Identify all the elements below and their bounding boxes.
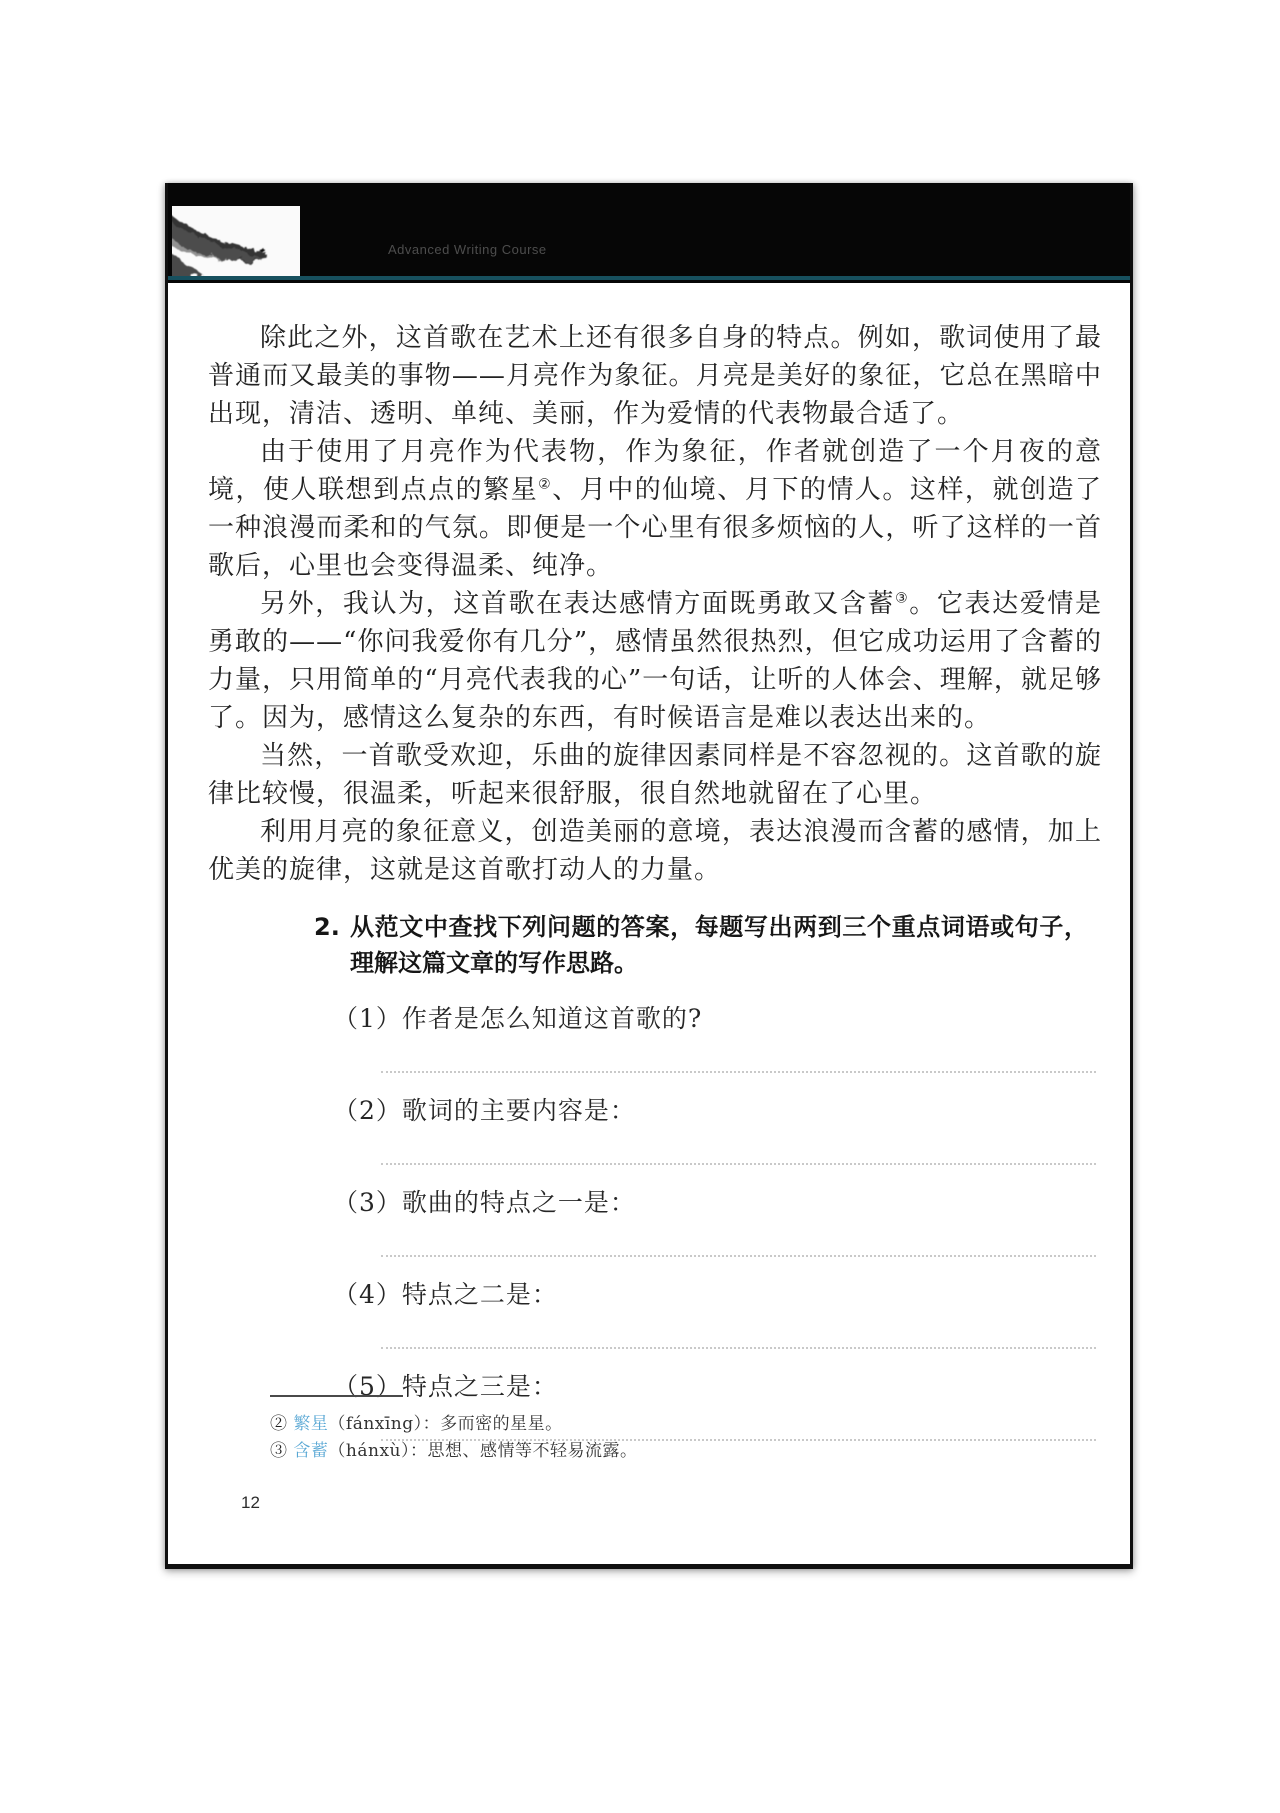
screenshot-canvas: Advanced Writing Course 除此之外，这首歌在艺术上还有很多… (0, 0, 1280, 1813)
paragraph-text: 当然，一首歌受欢迎，乐曲的旋律因素同样是不容忽视的。这首歌的旋律比较慢，很温柔，… (208, 741, 1102, 809)
page-number: 12 (241, 1493, 260, 1513)
footnote-term: 繁星 (293, 1414, 328, 1434)
ink-painting-image (172, 206, 300, 279)
answer-blank-line (381, 1071, 1096, 1073)
header-accent-line (168, 276, 1130, 280)
footnote-lines: ② 繁星（fánxīng）：多而密的星星。③ 含蓄（hánxù）：思想、感情等不… (270, 1411, 637, 1465)
question-text: （4）特点之二是： (333, 1279, 1102, 1311)
question-text: （3）歌曲的特点之一是： (333, 1187, 1102, 1219)
question-text: （1）作者是怎么知道这首歌的? (333, 1003, 1102, 1035)
question-row: （2）歌词的主要内容是： (333, 1095, 1102, 1165)
question-row: （1）作者是怎么知道这首歌的? (333, 1003, 1102, 1073)
footnote: ② 繁星（fánxīng）：多而密的星星。 (270, 1411, 637, 1438)
question-prompt: 特点之二是： (402, 1280, 558, 1309)
body-paragraph: 另外，我认为，这首歌在表达感情方面既勇敢又含蓄③。它表达爱情是勇敢的——“你问我… (208, 585, 1102, 737)
exercise-heading: 2. 从范文中查找下列问题的答案，每题写出两到三个重点词语或句子，理解这篇文章的… (314, 909, 1102, 981)
question-row: （3）歌曲的特点之一是： (333, 1187, 1102, 1257)
page-header-band: Advanced Writing Course (168, 183, 1130, 283)
body-paragraph: 当然，一首歌受欢迎，乐曲的旋律因素同样是不容忽视的。这首歌的旋律比较慢，很温柔，… (208, 737, 1102, 813)
question-row: （4）特点之二是： (333, 1279, 1102, 1349)
body-paragraph: 由于使用了月亮作为代表物，作为象征，作者就创造了一个月夜的意境，使人联想到点点的… (208, 433, 1102, 585)
question-label: （3） (333, 1188, 402, 1217)
footnote-term: 含蓄 (293, 1441, 328, 1461)
answer-blank-line (381, 1255, 1096, 1257)
footnote-section: ② 繁星（fánxīng）：多而密的星星。③ 含蓄（hánxù）：思想、感情等不… (270, 1395, 637, 1465)
answer-blank-line (381, 1347, 1096, 1349)
body-paragraphs: 除此之外，这首歌在艺术上还有很多自身的特点。例如，歌词使用了最普通而又最美的事物… (208, 319, 1102, 889)
footnote: ③ 含蓄（hánxù）：思想、感情等不轻易流露。 (270, 1438, 637, 1465)
body-paragraph: 除此之外，这首歌在艺术上还有很多自身的特点。例如，歌词使用了最普通而又最美的事物… (208, 319, 1102, 433)
question-list: （1）作者是怎么知道这首歌的?（2）歌词的主要内容是：（3）歌曲的特点之一是：（… (333, 1003, 1102, 1441)
paragraph-text: 另外，我认为，这首歌在表达感情方面既勇敢又含蓄 (260, 589, 895, 619)
paragraph-text: 利用月亮的象征意义，创造美丽的意境，表达浪漫而含蓄的感情，加上优美的旋律，这就是… (208, 817, 1102, 885)
ink-painting-svg (172, 206, 300, 279)
footnote-definition: （hánxù）：思想、感情等不轻易流露。 (328, 1441, 637, 1461)
question-prompt: 歌词的主要内容是： (402, 1096, 636, 1125)
answer-blank-line (381, 1163, 1096, 1165)
question-label: （4） (333, 1280, 402, 1309)
paragraph-text: 除此之外，这首歌在艺术上还有很多自身的特点。例如，歌词使用了最普通而又最美的事物… (208, 323, 1102, 429)
exercise-instruction: 从范文中查找下列问题的答案，每题写出两到三个重点词语或句子，理解这篇文章的写作思… (350, 909, 1102, 981)
footnote-marker: ③ (270, 1441, 293, 1461)
question-text: （2）歌词的主要内容是： (333, 1095, 1102, 1127)
book-page: Advanced Writing Course 除此之外，这首歌在艺术上还有很多… (165, 183, 1133, 1569)
footnote-reference-marker: ② (538, 476, 552, 492)
question-prompt: 作者是怎么知道这首歌的? (402, 1004, 702, 1033)
body-paragraph: 利用月亮的象征意义，创造美丽的意境，表达浪漫而含蓄的感情，加上优美的旋律，这就是… (208, 813, 1102, 889)
page-content: 除此之外，这首歌在艺术上还有很多自身的特点。例如，歌词使用了最普通而又最美的事物… (168, 283, 1130, 1441)
course-title: Advanced Writing Course (388, 242, 547, 257)
footnote-definition: （fánxīng）：多而密的星星。 (328, 1414, 562, 1434)
exercise-number: 2. (314, 909, 350, 981)
footnote-marker: ② (270, 1414, 293, 1434)
question-label: （1） (333, 1004, 402, 1033)
footnote-separator-rule (270, 1395, 403, 1397)
question-label: （2） (333, 1096, 402, 1125)
footnote-reference-marker: ③ (895, 590, 909, 606)
question-prompt: 歌曲的特点之一是： (402, 1188, 636, 1217)
